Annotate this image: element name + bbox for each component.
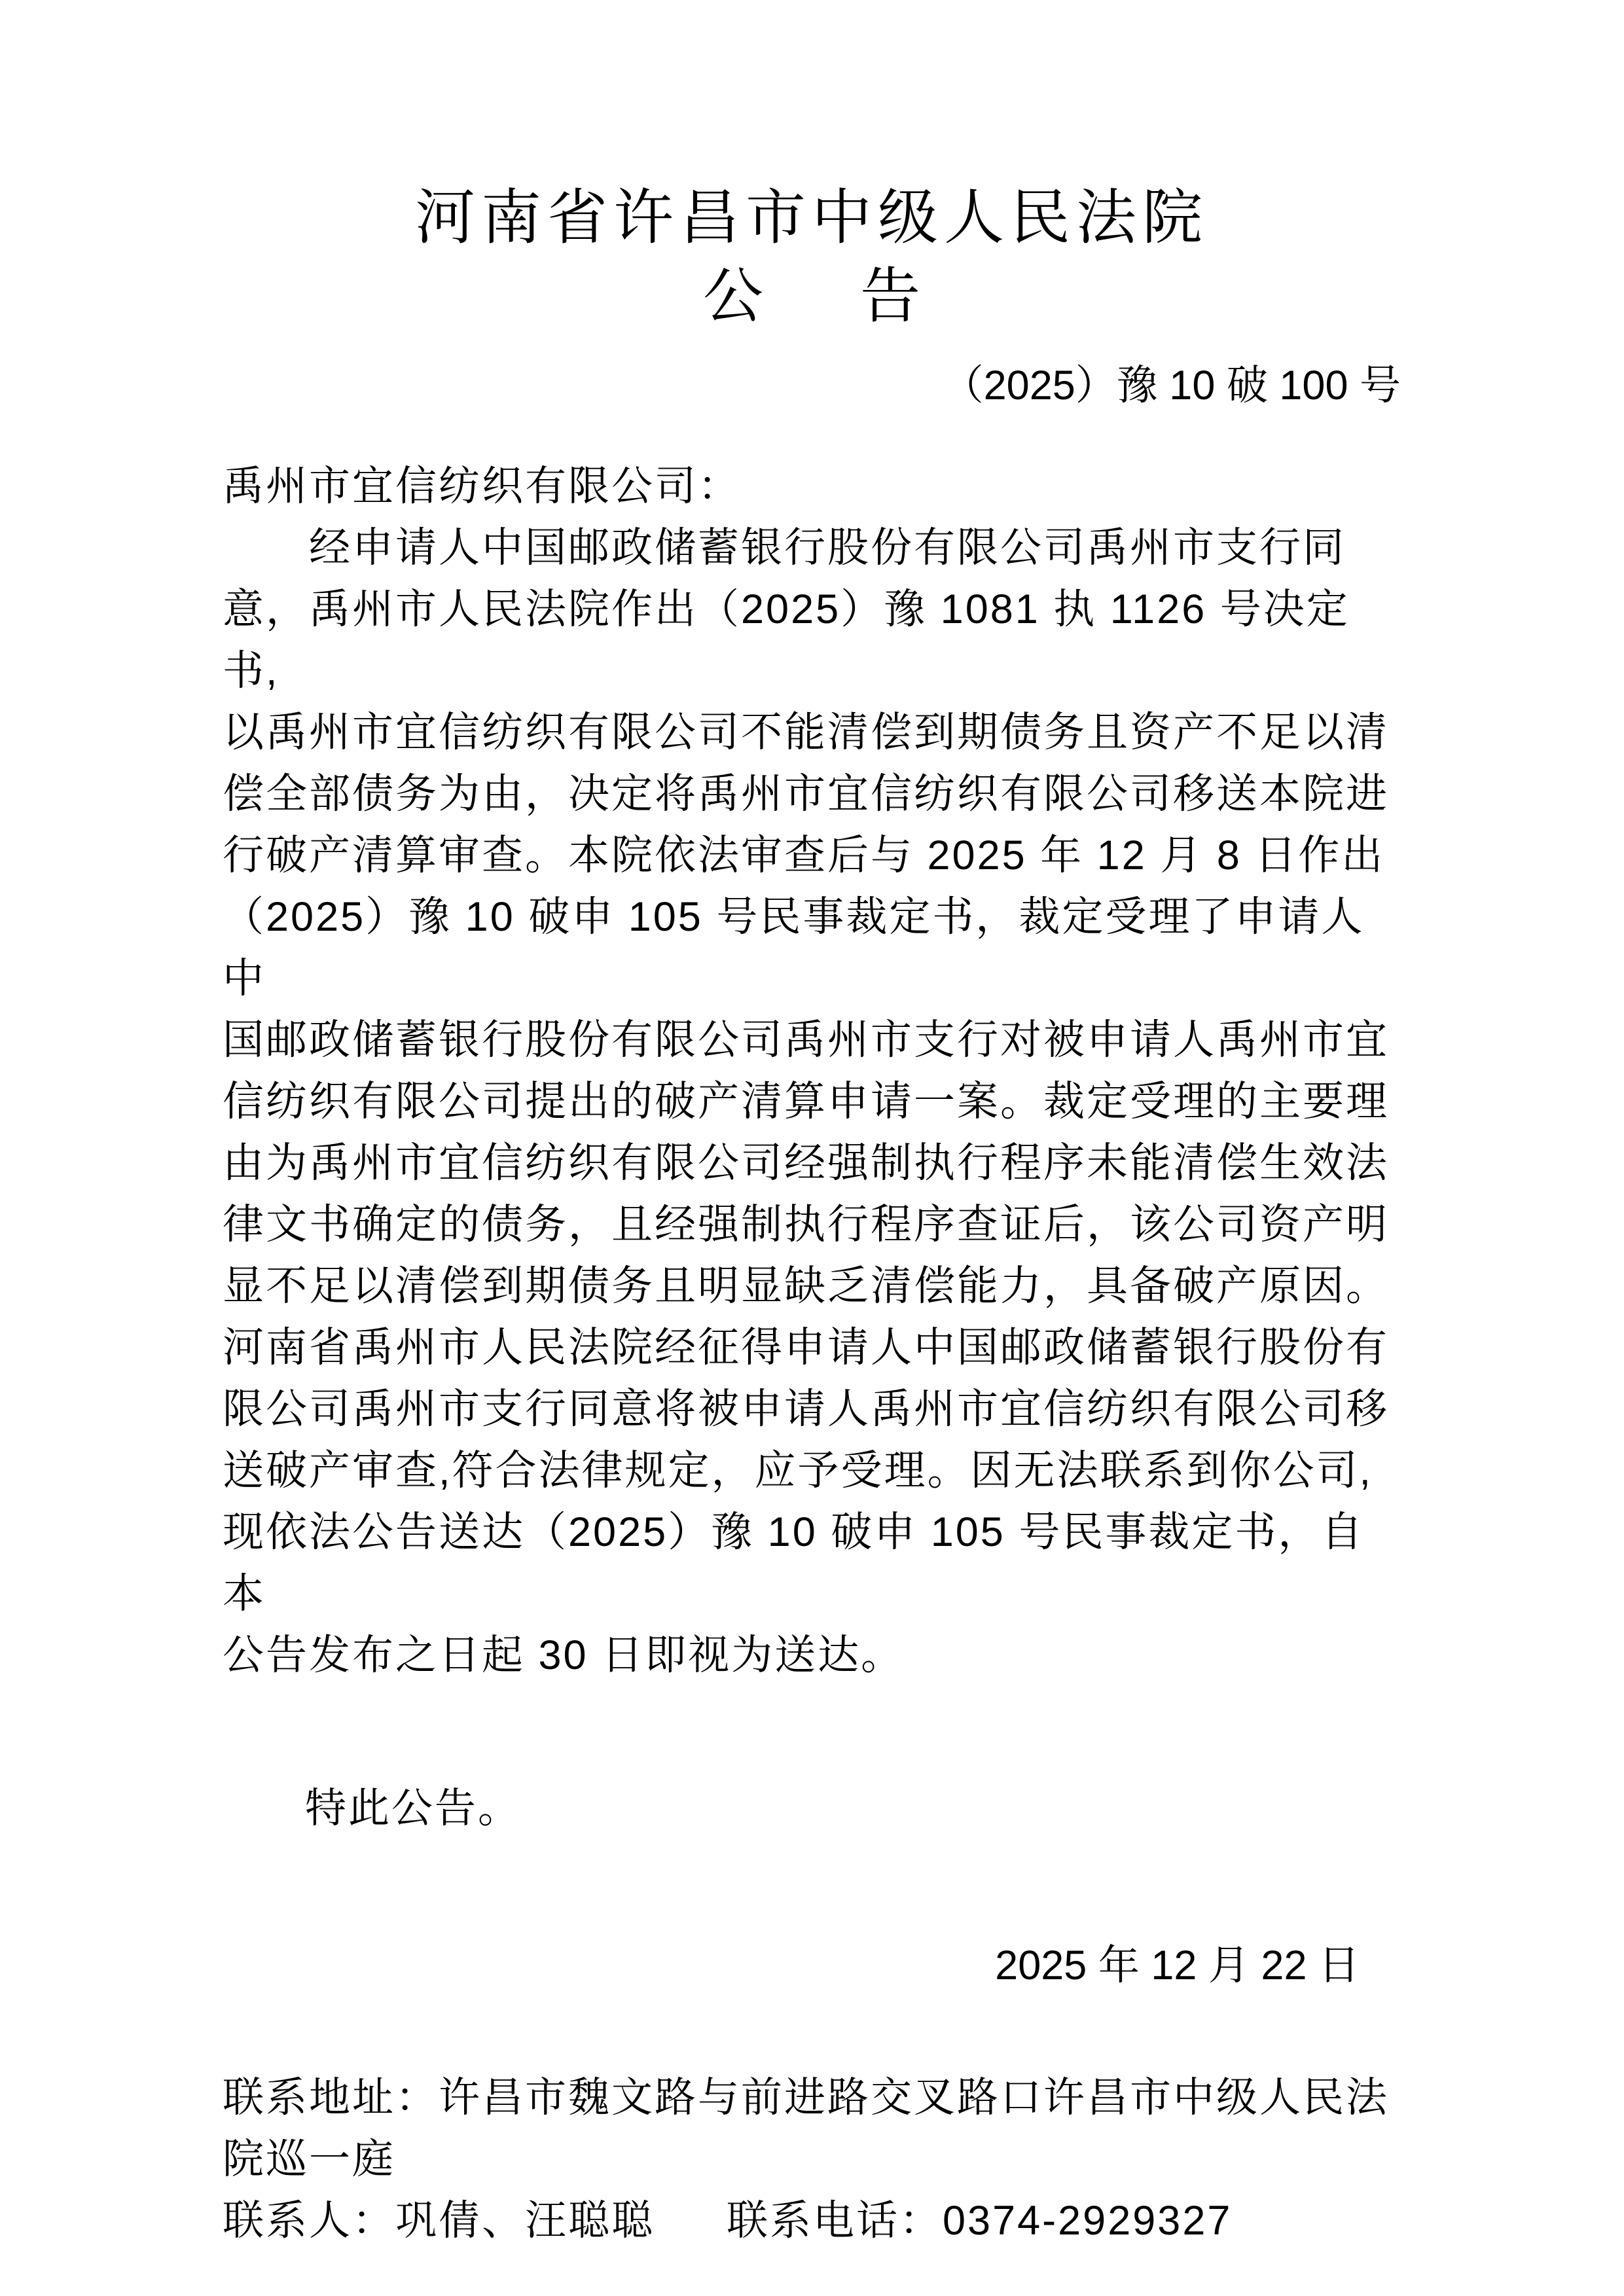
- notice-title-char-left: 公: [703, 258, 763, 335]
- body-line: 信纺织有限公司提出的破产清算申请一案。裁定受理的主要理: [223, 1071, 1401, 1132]
- notice-title-char-right: 告: [860, 258, 920, 335]
- announcement-page: 河南省许昌市中级人民法院 公 告 （2025）豫 10 破 100 号 禹州市宜…: [0, 0, 1624, 2296]
- body-line: 显不足以清偿到期债务且明显缺乏清偿能力，具备破产原因。: [223, 1255, 1401, 1317]
- contact-address-line-1: 联系地址：许昌市魏文路与前进路交叉路口许昌市中级人民法: [223, 2067, 1401, 2128]
- case-number: （2025）豫 10 破 100 号: [223, 355, 1401, 416]
- body-line: 国邮政储蓄银行股份有限公司禹州市支行对被申请人禹州市宜: [223, 1009, 1401, 1071]
- court-name-title: 河南省许昌市中级人民法院: [223, 182, 1401, 254]
- body-line: 经申请人中国邮政储蓄银行股份有限公司禹州市支行同: [223, 517, 1401, 579]
- salutation-line: 禹州市宜信纺织有限公司：: [223, 456, 1401, 517]
- body-line: 河南省禹州市人民法院经征得申请人中国邮政储蓄银行股份有: [223, 1317, 1401, 1378]
- body-line: 公告发布之日起 30 日即视为送达。: [223, 1624, 1401, 1686]
- body-line: （2025）豫 10 破申 105 号民事裁定书，裁定受理了申请人中: [223, 886, 1401, 1009]
- body-line: 律文书确定的债务，且经强制执行程序查证后，该公司资产明: [223, 1194, 1401, 1255]
- body-line: 送破产审查,符合法律规定，应予受理。因无法联系到你公司,: [223, 1440, 1401, 1501]
- announcement-date: 2025 年 12 月 22 日: [223, 1935, 1401, 1996]
- contact-address-line-2: 院巡一庭: [223, 2128, 1401, 2190]
- notice-title: 公 告: [223, 258, 1401, 335]
- body-line: 由为禹州市宜信纺织有限公司经强制执行程序未能清偿生效法: [223, 1132, 1401, 1194]
- body-line: 现依法公告送达（2025）豫 10 破申 105 号民事裁定书，自本: [223, 1501, 1401, 1624]
- body-line: 限公司禹州市支行同意将被申请人禹州市宜信纺织有限公司移: [223, 1378, 1401, 1440]
- body-line: 偿全部债务为由，决定将禹州市宜信纺织有限公司移送本院进: [223, 763, 1401, 825]
- body-line: 意，禹州市人民法院作出（2025）豫 1081 执 1126 号决定书,: [223, 579, 1401, 702]
- contact-person: 联系人：巩倩、汪聪聪: [223, 2190, 655, 2251]
- contact-info: 联系地址：许昌市魏文路与前进路交叉路口许昌市中级人民法 院巡一庭 联系人：巩倩、…: [223, 2067, 1401, 2251]
- body-line: 行破产清算审查。本院依法审查后与 2025 年 12 月 8 日作出: [223, 825, 1401, 886]
- closing-statement: 特此公告。: [223, 1778, 1401, 1839]
- body-line: 以禹州市宜信纺织有限公司不能清偿到期债务且资产不足以清: [223, 702, 1401, 763]
- announcement-body: 禹州市宜信纺织有限公司： 经申请人中国邮政储蓄银行股份有限公司禹州市支行同 意，…: [223, 456, 1401, 1686]
- contact-person-phone-row: 联系人：巩倩、汪聪聪 联系电话：0374-2929327: [223, 2190, 1401, 2251]
- contact-phone: 联系电话：0374-2929327: [727, 2190, 1232, 2251]
